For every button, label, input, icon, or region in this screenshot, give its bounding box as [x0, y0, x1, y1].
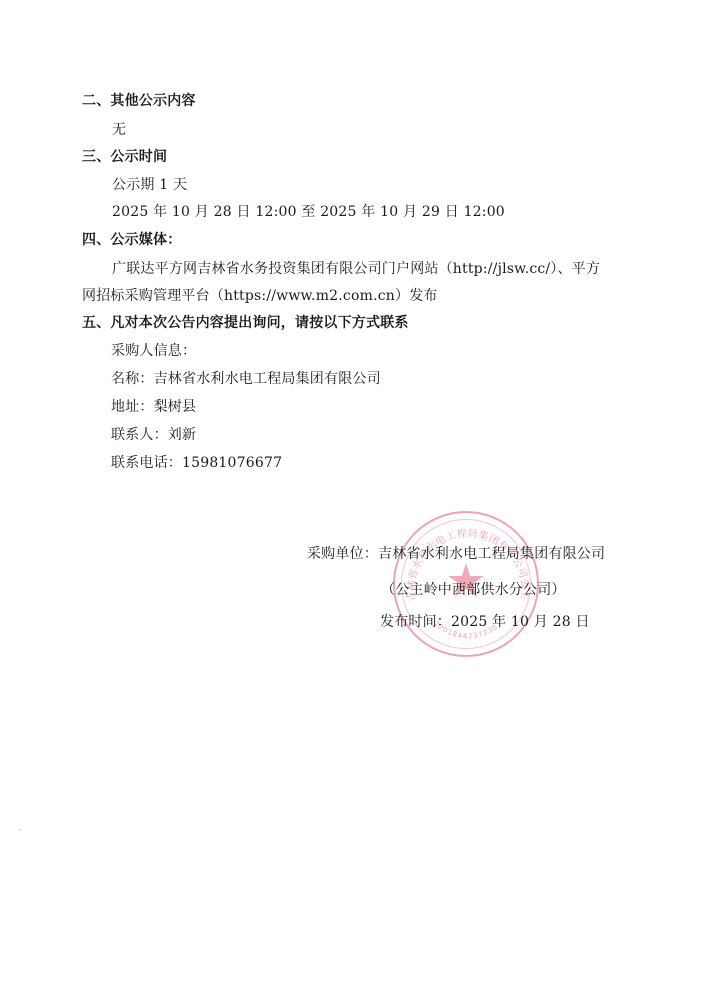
purchaser-info-label: 采购人信息：	[111, 342, 196, 360]
signature-unit: 采购单位：吉林省水利水电工程局集团有限公司	[307, 545, 605, 563]
publicity-media-line-1: 广联达平方网吉林省水务投资集团有限公司门户网站（http://jlsw.cc/）…	[112, 260, 600, 278]
purchaser-name: 名称：吉林省水利水电工程局集团有限公司	[111, 370, 381, 388]
section-heading-publicity-media: 四、公示媒体：	[82, 231, 181, 249]
scan-speck	[19, 829, 21, 831]
publicity-media-line-2: 网招标采购管理平台（https://www.m2.com.cn）发布	[82, 287, 438, 305]
document-page: 二、其他公示内容 无 三、公示时间 公示期 1 天 2025 年 10 月 28…	[0, 0, 707, 1000]
section-heading-publicity-time: 三、公示时间	[82, 148, 167, 166]
publicity-period: 公示期 1 天	[112, 176, 187, 194]
section-heading-other-content: 二、其他公示内容	[82, 92, 196, 110]
section-body-none: 无	[112, 121, 126, 139]
purchaser-contact-person: 联系人：刘新	[111, 426, 196, 444]
purchaser-phone: 联系电话：15981076677	[111, 454, 282, 472]
section-heading-contact: 五、凡对本次公告内容提出询问，请按以下方式联系	[82, 314, 409, 332]
signature-branch: （公主岭中西部供水分公司）	[381, 581, 566, 599]
signature-date: 发布时间：2025 年 10 月 28 日	[380, 613, 590, 631]
purchaser-address: 地址：梨树县	[111, 398, 196, 416]
publicity-date-range: 2025 年 10 月 28 日 12:00 至 2025 年 10 月 29 …	[112, 203, 505, 221]
